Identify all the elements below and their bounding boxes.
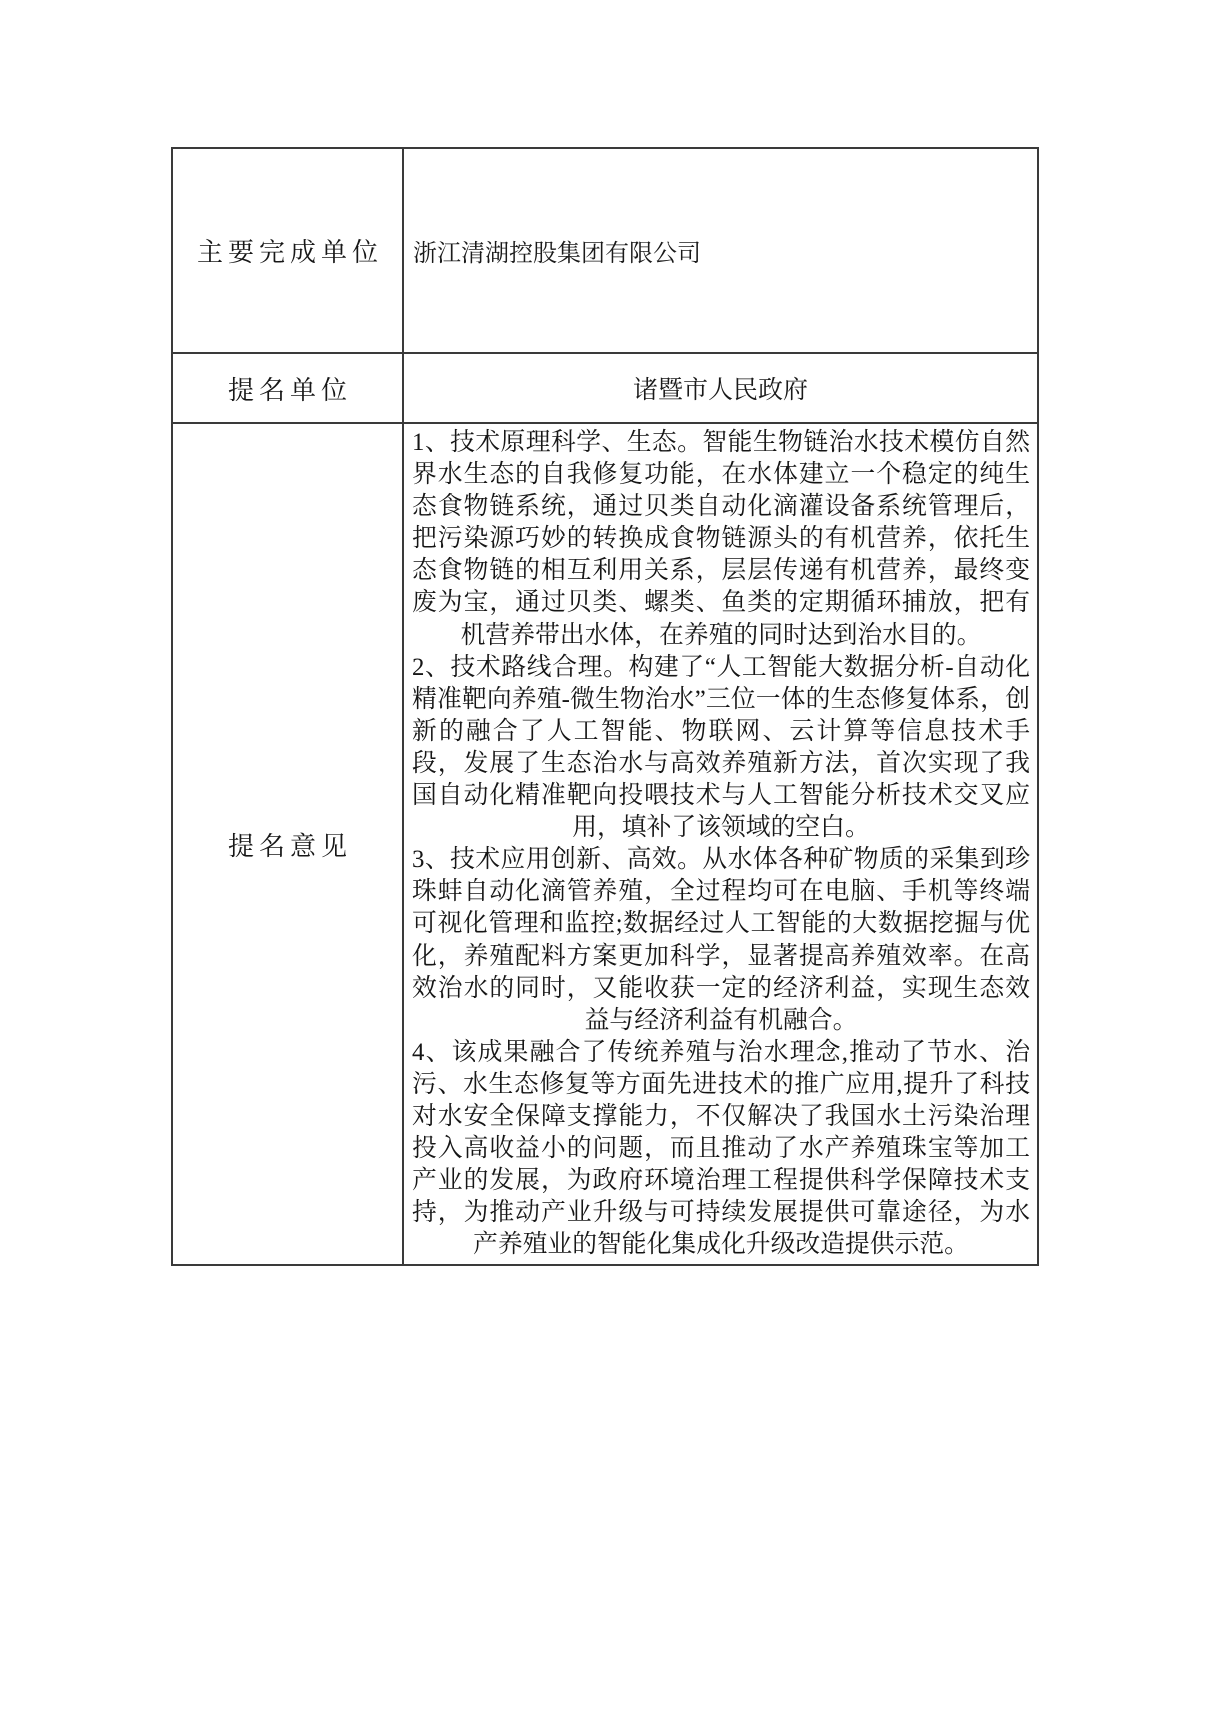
value-nomination-opinion: 1、技术原理科学、生态。智能生物链治水技术模仿自然界水生态的自我修复功能，在水体… — [403, 423, 1038, 1265]
label-main-completing-unit: 主要完成单位 — [172, 148, 403, 353]
row-nomination-opinion: 提名意见 1、技术原理科学、生态。智能生物链治水技术模仿自然界水生态的自我修复功… — [172, 423, 1038, 1265]
opinion-paragraph-3: 3、技术应用创新、高效。从水体各种矿物质的采集到珍珠蚌自动化滴管养殖，全过程均可… — [412, 844, 1030, 1037]
nomination-form-table: 主要完成单位 浙江清湖控股集团有限公司 提名单位 诸暨市人民政府 提名意见 1、… — [171, 147, 1039, 1266]
value-nominating-unit: 诸暨市人民政府 — [403, 353, 1038, 423]
opinion-paragraph-4: 4、该成果融合了传统养殖与治水理念,推动了节水、治污、水生态修复等方面先进技术的… — [412, 1037, 1030, 1262]
label-nominating-unit: 提名单位 — [172, 353, 403, 423]
row-main-completing-unit: 主要完成单位 浙江清湖控股集团有限公司 — [172, 148, 1038, 353]
label-nomination-opinion: 提名意见 — [172, 423, 403, 1265]
value-main-completing-unit: 浙江清湖控股集团有限公司 — [403, 148, 1038, 353]
row-nominating-unit: 提名单位 诸暨市人民政府 — [172, 353, 1038, 423]
opinion-paragraph-2: 2、技术路线合理。构建了“人工智能大数据分析-自动化精准靶向养殖-微生物治水”三… — [412, 652, 1030, 845]
document-page: 主要完成单位 浙江清湖控股集团有限公司 提名单位 诸暨市人民政府 提名意见 1、… — [0, 0, 1217, 1722]
opinion-paragraph-1: 1、技术原理科学、生态。智能生物链治水技术模仿自然界水生态的自我修复功能，在水体… — [412, 427, 1030, 652]
